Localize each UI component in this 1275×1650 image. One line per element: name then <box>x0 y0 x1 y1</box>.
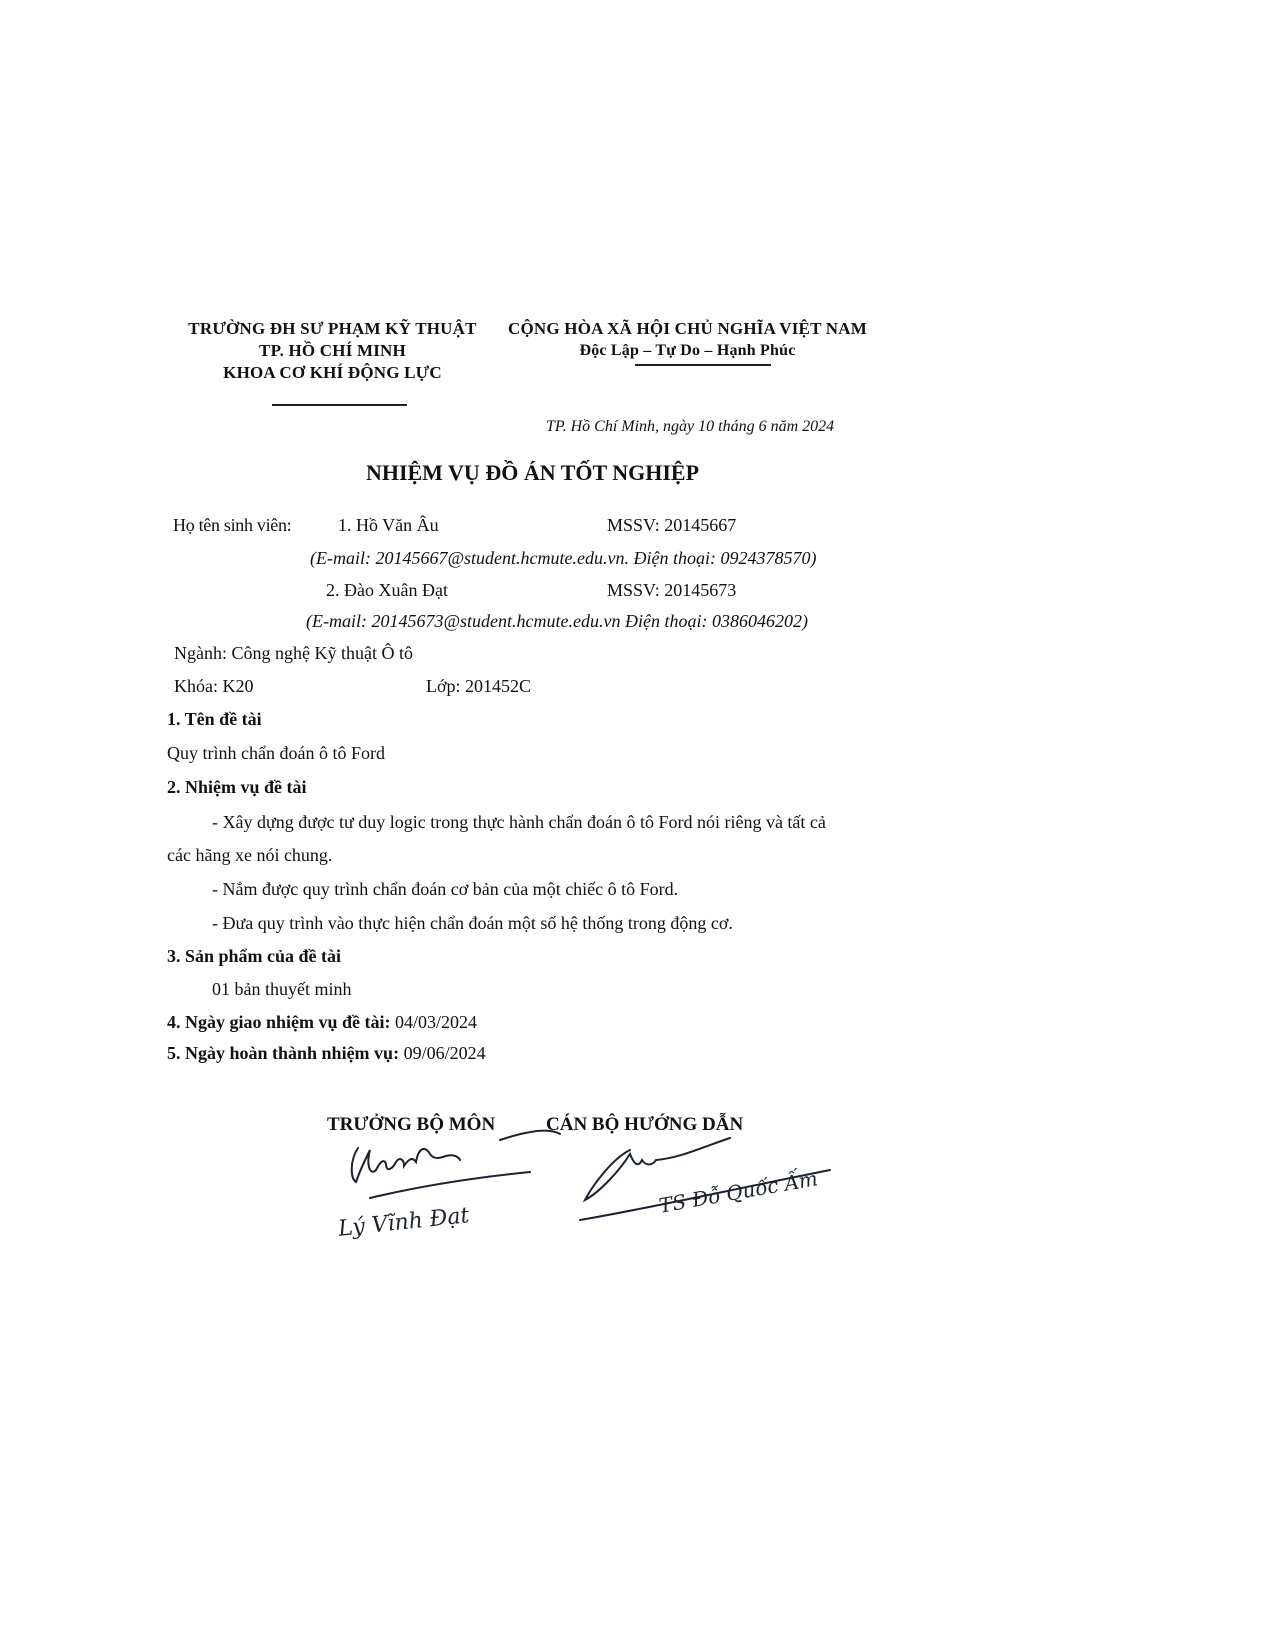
section-2-heading: 2. Nhiệm vụ đề tài <box>167 777 307 798</box>
school-header: TRƯỜNG ĐH SƯ PHẠM KỸ THUẬT TP. HỒ CHÍ MI… <box>170 318 495 384</box>
header-right-divider <box>635 364 771 366</box>
section-3-text: 01 bản thuyết minh <box>212 979 351 1000</box>
section-2-item-3: - Đưa quy trình vào thực hiện chẩn đoán … <box>212 913 733 934</box>
major: Ngành: Công nghệ Kỹ thuật Ô tô <box>174 643 413 664</box>
student-1-name: 1. Hồ Văn Âu <box>338 515 439 536</box>
student-label: Họ tên sinh viên: <box>173 515 291 536</box>
section-2-item-2: - Nắm được quy trình chẩn đoán cơ bản củ… <box>212 879 678 900</box>
school-name: TRƯỜNG ĐH SƯ PHẠM KỸ THUẬT <box>170 318 495 340</box>
section-5-label: 5. Ngày hoàn thành nhiệm vụ: <box>167 1043 399 1063</box>
date-line: TP. Hồ Chí Minh, ngày 10 tháng 6 năm 202… <box>546 418 834 436</box>
section-4: 4. Ngày giao nhiệm vụ đề tài: 04/03/2024 <box>167 1012 477 1033</box>
student-2-contact: (E-mail: 20145673@student.hcmute.edu.vn … <box>306 611 808 632</box>
course: Khóa: K20 <box>174 676 254 697</box>
section-2-item-1: - Xây dựng được tư duy logic trong thực … <box>212 812 826 833</box>
student-1-mssv: MSSV: 20145667 <box>607 515 736 536</box>
section-1-text: Quy trình chẩn đoán ô tô Ford <box>167 743 385 764</box>
student-1-contact: (E-mail: 20145667@student.hcmute.edu.vn.… <box>310 548 816 569</box>
class: Lớp: 201452C <box>426 676 531 697</box>
section-3-heading: 3. Sản phẩm của đề tài <box>167 946 341 967</box>
section-4-value: 04/03/2024 <box>391 1012 478 1032</box>
section-4-label: 4. Ngày giao nhiệm vụ đề tài: <box>167 1012 391 1032</box>
student-2-name: 2. Đào Xuân Đạt <box>326 580 448 601</box>
section-2-item-1-cont: các hãng xe nói chung. <box>167 845 332 866</box>
header-left-divider <box>272 404 407 406</box>
faculty-name: KHOA CƠ KHÍ ĐỘNG LỰC <box>170 362 495 384</box>
student-2-mssv: MSSV: 20145673 <box>607 580 736 601</box>
page-title: NHIỆM VỤ ĐỒ ÁN TỐT NGHIỆP <box>0 460 1065 486</box>
national-motto: Độc Lập – Tự Do – Hạnh Phúc <box>495 340 880 362</box>
school-city: TP. HỒ CHÍ MINH <box>170 340 495 362</box>
national-header: CỘNG HÒA XÃ HỘI CHỦ NGHĨA VIỆT NAM Độc L… <box>495 318 880 362</box>
national-name: CỘNG HÒA XÃ HỘI CHỦ NGHĨA VIỆT NAM <box>495 318 880 340</box>
section-1-heading: 1. Tên đề tài <box>167 709 262 730</box>
section-5-value: 09/06/2024 <box>399 1043 486 1063</box>
section-5: 5. Ngày hoàn thành nhiệm vụ: 09/06/2024 <box>167 1043 486 1064</box>
